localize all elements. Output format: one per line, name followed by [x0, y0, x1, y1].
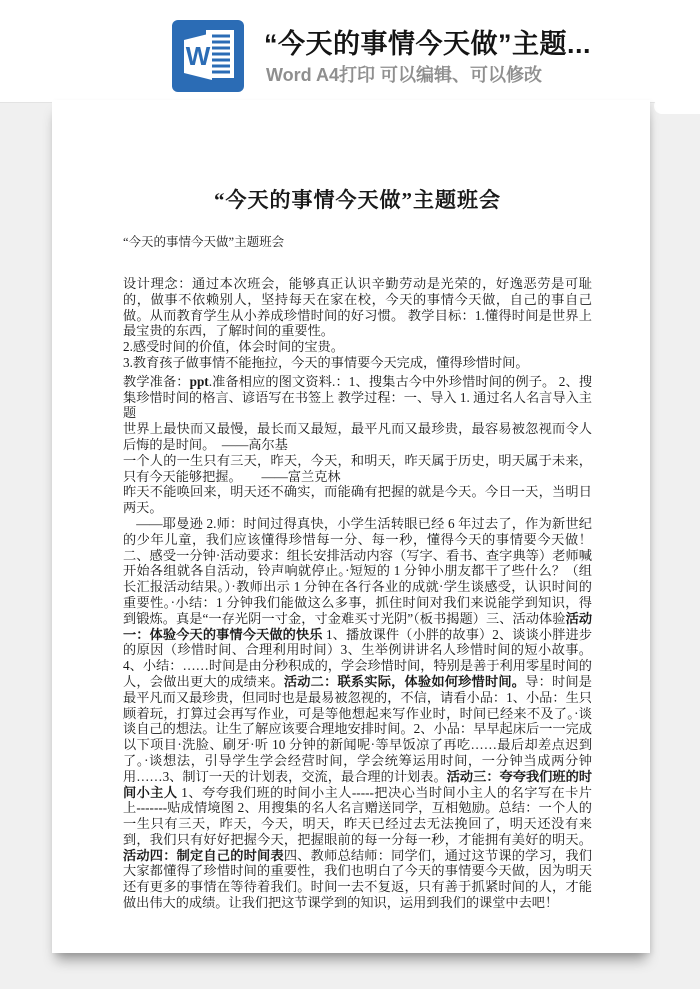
paragraph: 设计理念：通过本次班会，能够真正认识辛勤劳动是光荣的，好逸恶劳是可耻的，做事不依…: [123, 276, 592, 339]
paragraph: 教学准备：ppt.准备相应的图文资料.：1、搜集古今中外珍惜时间的例子。 2、搜…: [123, 374, 592, 421]
doc-title: “今天的事情今天做”主题班会: [123, 184, 592, 214]
paragraph: 2.感受时间的价值，体会时间的宝贵。: [123, 339, 592, 355]
page-inner: “今天的事情今天做”主题班会 “今天的事情今天做”主题班会 设计理念：通过本次班…: [52, 100, 650, 911]
site-header: W “今天的事情今天做”主题... Word A4打印 可以编辑、可以修改: [0, 0, 700, 103]
side-widget-tab[interactable]: [654, 98, 700, 114]
document-page: “今天的事情今天做”主题班会 “今天的事情今天做”主题班会 设计理念：通过本次班…: [52, 100, 650, 953]
doc-subtitle: “今天的事情今天做”主题班会: [123, 232, 592, 250]
paragraph: 一个人的一生只有三天，昨天，今天，和明天，昨天属于历史，明天属于未来，只有今天能…: [123, 453, 592, 485]
header-subtitle: Word A4打印 可以编辑、可以修改: [266, 61, 542, 87]
svg-text:W: W: [186, 41, 211, 71]
paragraph: 昨天不能唤回来，明天还不确实，而能确有把握的就是今天。今日一天，当明日两天。: [123, 484, 592, 516]
document-body: 设计理念：通过本次班会，能够真正认识辛勤劳动是光荣的，好逸恶劳是可耻的，做事不依…: [123, 276, 592, 911]
paragraph: ——耶曼逊 2.师：时间过得真快，小学生活转眼已经 6 年过去了，作为新世纪的少…: [123, 516, 592, 911]
paragraph: 3.教育孩子做事情不能拖拉，今天的事情要今天完成，懂得珍惜时间。: [123, 355, 592, 371]
paragraph: 世界上最快而又最慢，最长而又最短，最平凡而又最珍贵，最容易被忽视而令人后悔的是时…: [123, 421, 592, 453]
header-title: “今天的事情今天做”主题...: [264, 22, 591, 61]
word-icon: W: [172, 20, 244, 92]
